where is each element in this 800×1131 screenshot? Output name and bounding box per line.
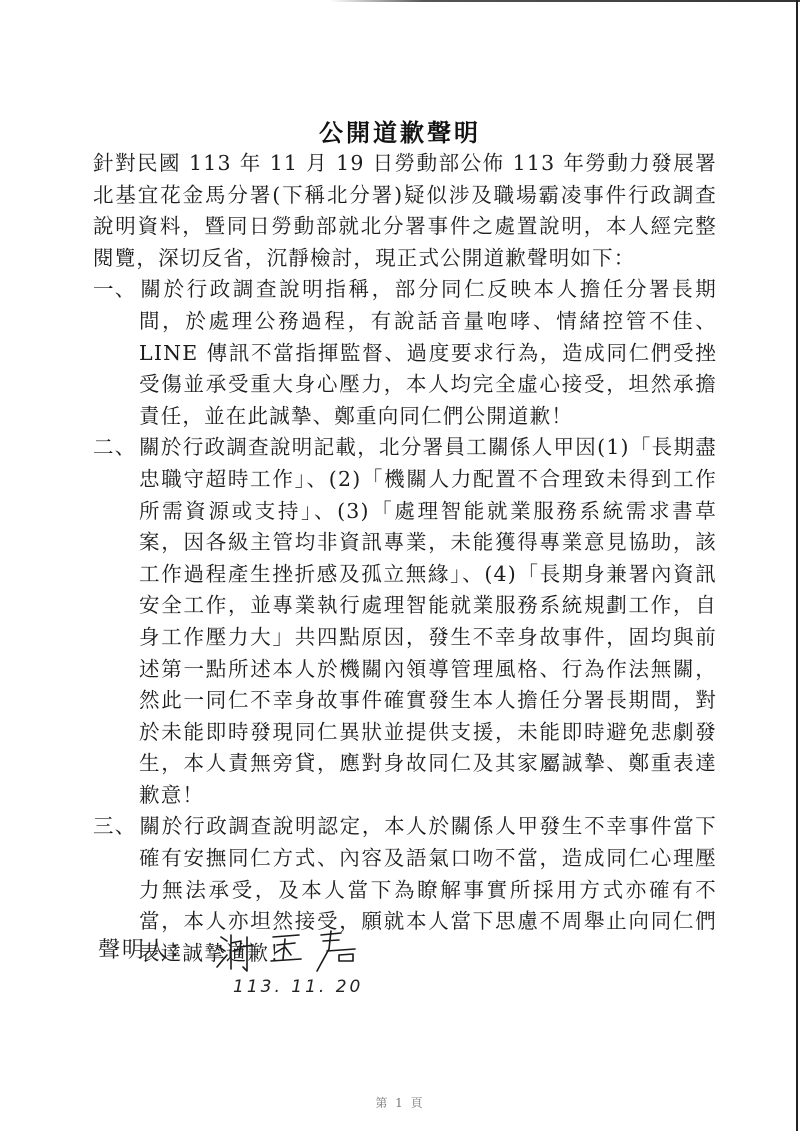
document-title: 公開道歉聲明 bbox=[0, 113, 800, 148]
statement-item-1: 一、關於行政調查說明指稱，部分同仁反映本人擔任分署長期間，於處理公務過程，有說話… bbox=[93, 274, 717, 432]
item-number: 一、 bbox=[93, 274, 139, 306]
item-text: 關於行政調查說明指稱，部分同仁反映本人擔任分署長期間，於處理公務過程，有說話音量… bbox=[139, 277, 717, 427]
scan-edge-top bbox=[330, 0, 800, 2]
document-body: 針對民國 113 年 11 月 19 日勞動部公佈 113 年勞動力發展署北基宜… bbox=[93, 148, 717, 969]
page-number: 第 1 頁 bbox=[0, 1094, 800, 1111]
signature-block: 聲明人： bbox=[98, 925, 598, 1015]
signature-date: 113. 11. 20 bbox=[233, 977, 363, 997]
item-number: 二、 bbox=[93, 432, 139, 464]
statement-item-2: 二、關於行政調查說明記載，北分署員工關係人甲因(1)「長期盡忠職守超時工作」、(… bbox=[93, 432, 717, 811]
item-number: 三、 bbox=[93, 811, 139, 843]
scan-edge-right bbox=[796, 0, 798, 1131]
handwritten-signature-icon bbox=[213, 925, 413, 975]
intro-paragraph: 針對民國 113 年 11 月 19 日勞動部公佈 113 年勞動力發展署北基宜… bbox=[93, 148, 717, 274]
document-page: 公開道歉聲明 針對民國 113 年 11 月 19 日勞動部公佈 113 年勞動… bbox=[0, 0, 800, 1131]
item-text: 關於行政調查說明記載，北分署員工關係人甲因(1)「長期盡忠職守超時工作」、(2)… bbox=[139, 435, 717, 807]
signatory-label: 聲明人： bbox=[98, 933, 194, 964]
